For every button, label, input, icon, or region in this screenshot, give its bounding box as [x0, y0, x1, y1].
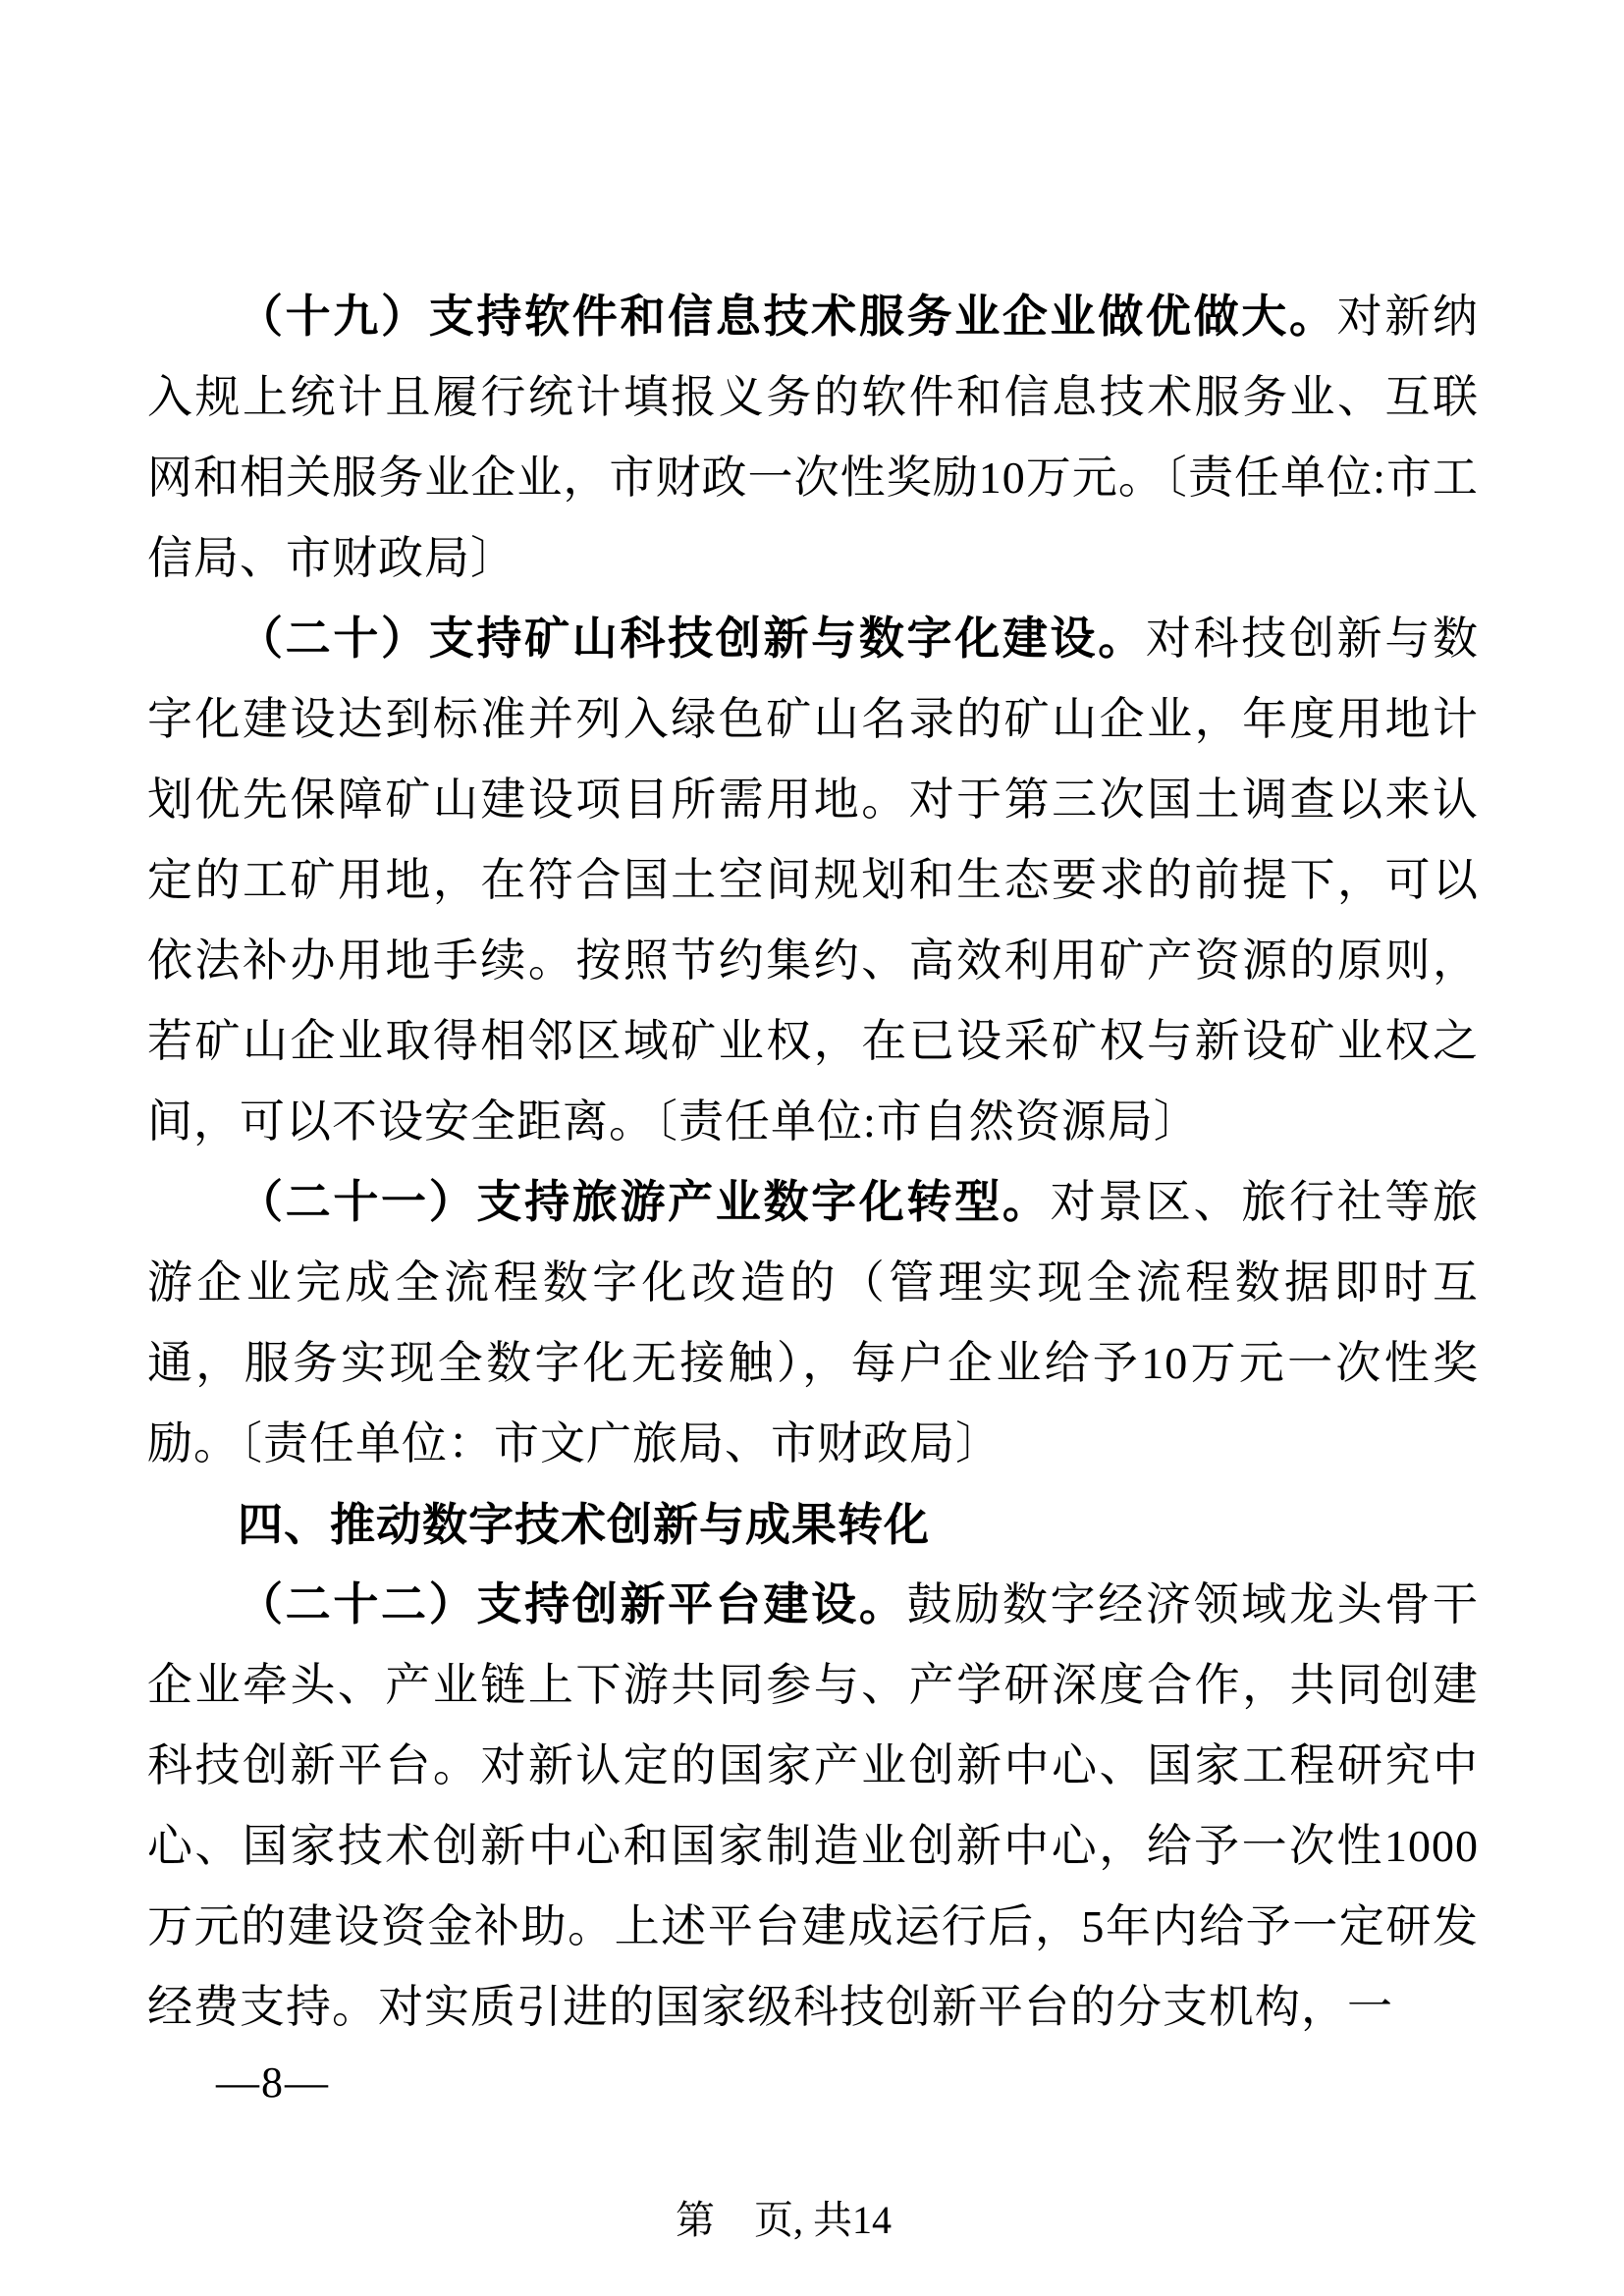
- page-number: —8—: [216, 2054, 330, 2112]
- clause-21-paragraph: （二十一）支持旅游产业数字化转型。对景区、旅行社等旅游企业完成全流程数字化改造的…: [147, 1162, 1479, 1484]
- document-body: （十九）支持软件和信息技术服务业企业做优做大。对新纳入规上统计且履行统计填报义务…: [147, 277, 1479, 2048]
- clause-21-title: （二十一）支持旅游产业数字化转型。: [238, 1177, 1051, 1227]
- clause-20-text: 对科技创新与数字化建设达到标准并列入绿色矿山名录的矿山企业，年度用地计划优先保障…: [147, 614, 1479, 1147]
- clause-22-paragraph: （二十二）支持创新平台建设。鼓励数字经济领域龙头骨干企业牵头、产业链上下游共同参…: [147, 1565, 1479, 2048]
- clause-20-paragraph: （二十）支持矿山科技创新与数字化建设。对科技创新与数字化建设达到标准并列入绿色矿…: [147, 599, 1479, 1162]
- clause-22-title: （二十二）支持创新平台建设。: [238, 1579, 907, 1629]
- clause-20-title: （二十）支持矿山科技创新与数字化建设。: [238, 614, 1146, 664]
- clause-22-text: 鼓励数字经济领域龙头骨干企业牵头、产业链上下游共同参与、产学研深度合作，共同创建…: [147, 1579, 1479, 2032]
- clause-19-paragraph: （十九）支持软件和信息技术服务业企业做优做大。对新纳入规上统计且履行统计填报义务…: [147, 277, 1479, 599]
- clause-19-title: （十九）支持软件和信息技术服务业企业做优做大。: [238, 292, 1337, 342]
- document-page: （十九）支持软件和信息技术服务业企业做优做大。对新纳入规上统计且履行统计填报义务…: [0, 0, 1624, 2296]
- page-footer: 第 页, 共14: [676, 2195, 892, 2246]
- section-4-heading: 四、推动数字技术创新与成果转化: [147, 1484, 1479, 1565]
